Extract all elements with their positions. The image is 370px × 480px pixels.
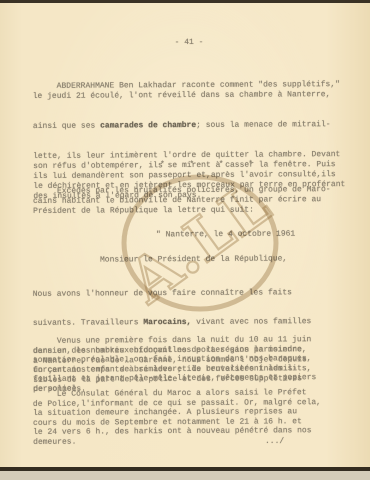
paragraph-3-line2: suivants. Travailleurs Marocains, vivant… <box>33 317 312 328</box>
paragraph-4: Venus une première fois dans la nuit du … <box>33 335 317 394</box>
page-number: - 41 - <box>33 37 345 49</box>
paragraph-3-emphasis: Marocains, <box>143 317 191 326</box>
continuation-mark: .../ <box>265 437 284 447</box>
asterisk-separator: * * * * <box>160 160 258 171</box>
paragraph-1-text: ; sous la menace de mitrail- <box>196 120 330 130</box>
paragraph-3-text: suivants. Travailleurs <box>33 318 143 328</box>
paragraph-2: Excédés par les brutalités policières, u… <box>33 185 331 217</box>
scan-bottom-margin <box>0 471 370 480</box>
paragraph-1-line3: ainsi que ses camarades de chambre; sous… <box>33 120 345 132</box>
paragraph-1-emphasis: camarades de chambre <box>100 121 196 131</box>
paragraph-1-text: ABDERRAHMANE Ben Lakhadar raconte commen… <box>33 80 345 102</box>
scanned-document: - 41 - ABDERRAHMANE Ben Lakhadar raconte… <box>0 0 370 480</box>
paragraph-3-text: vivant avec nos familles <box>191 317 311 327</box>
document-page: - 41 - ABDERRAHMANE Ben Lakhadar raconte… <box>0 0 370 471</box>
letter-salutation: Monsieur le Président de la République, <box>100 254 287 265</box>
paragraph-3-text: Nous avons l'honneur de vous faire conna… <box>33 288 312 299</box>
paragraph-1-text: ainsi que ses <box>33 122 100 131</box>
letter-dateline: " Nanterre, le 4 octobre 1961 <box>156 230 295 241</box>
